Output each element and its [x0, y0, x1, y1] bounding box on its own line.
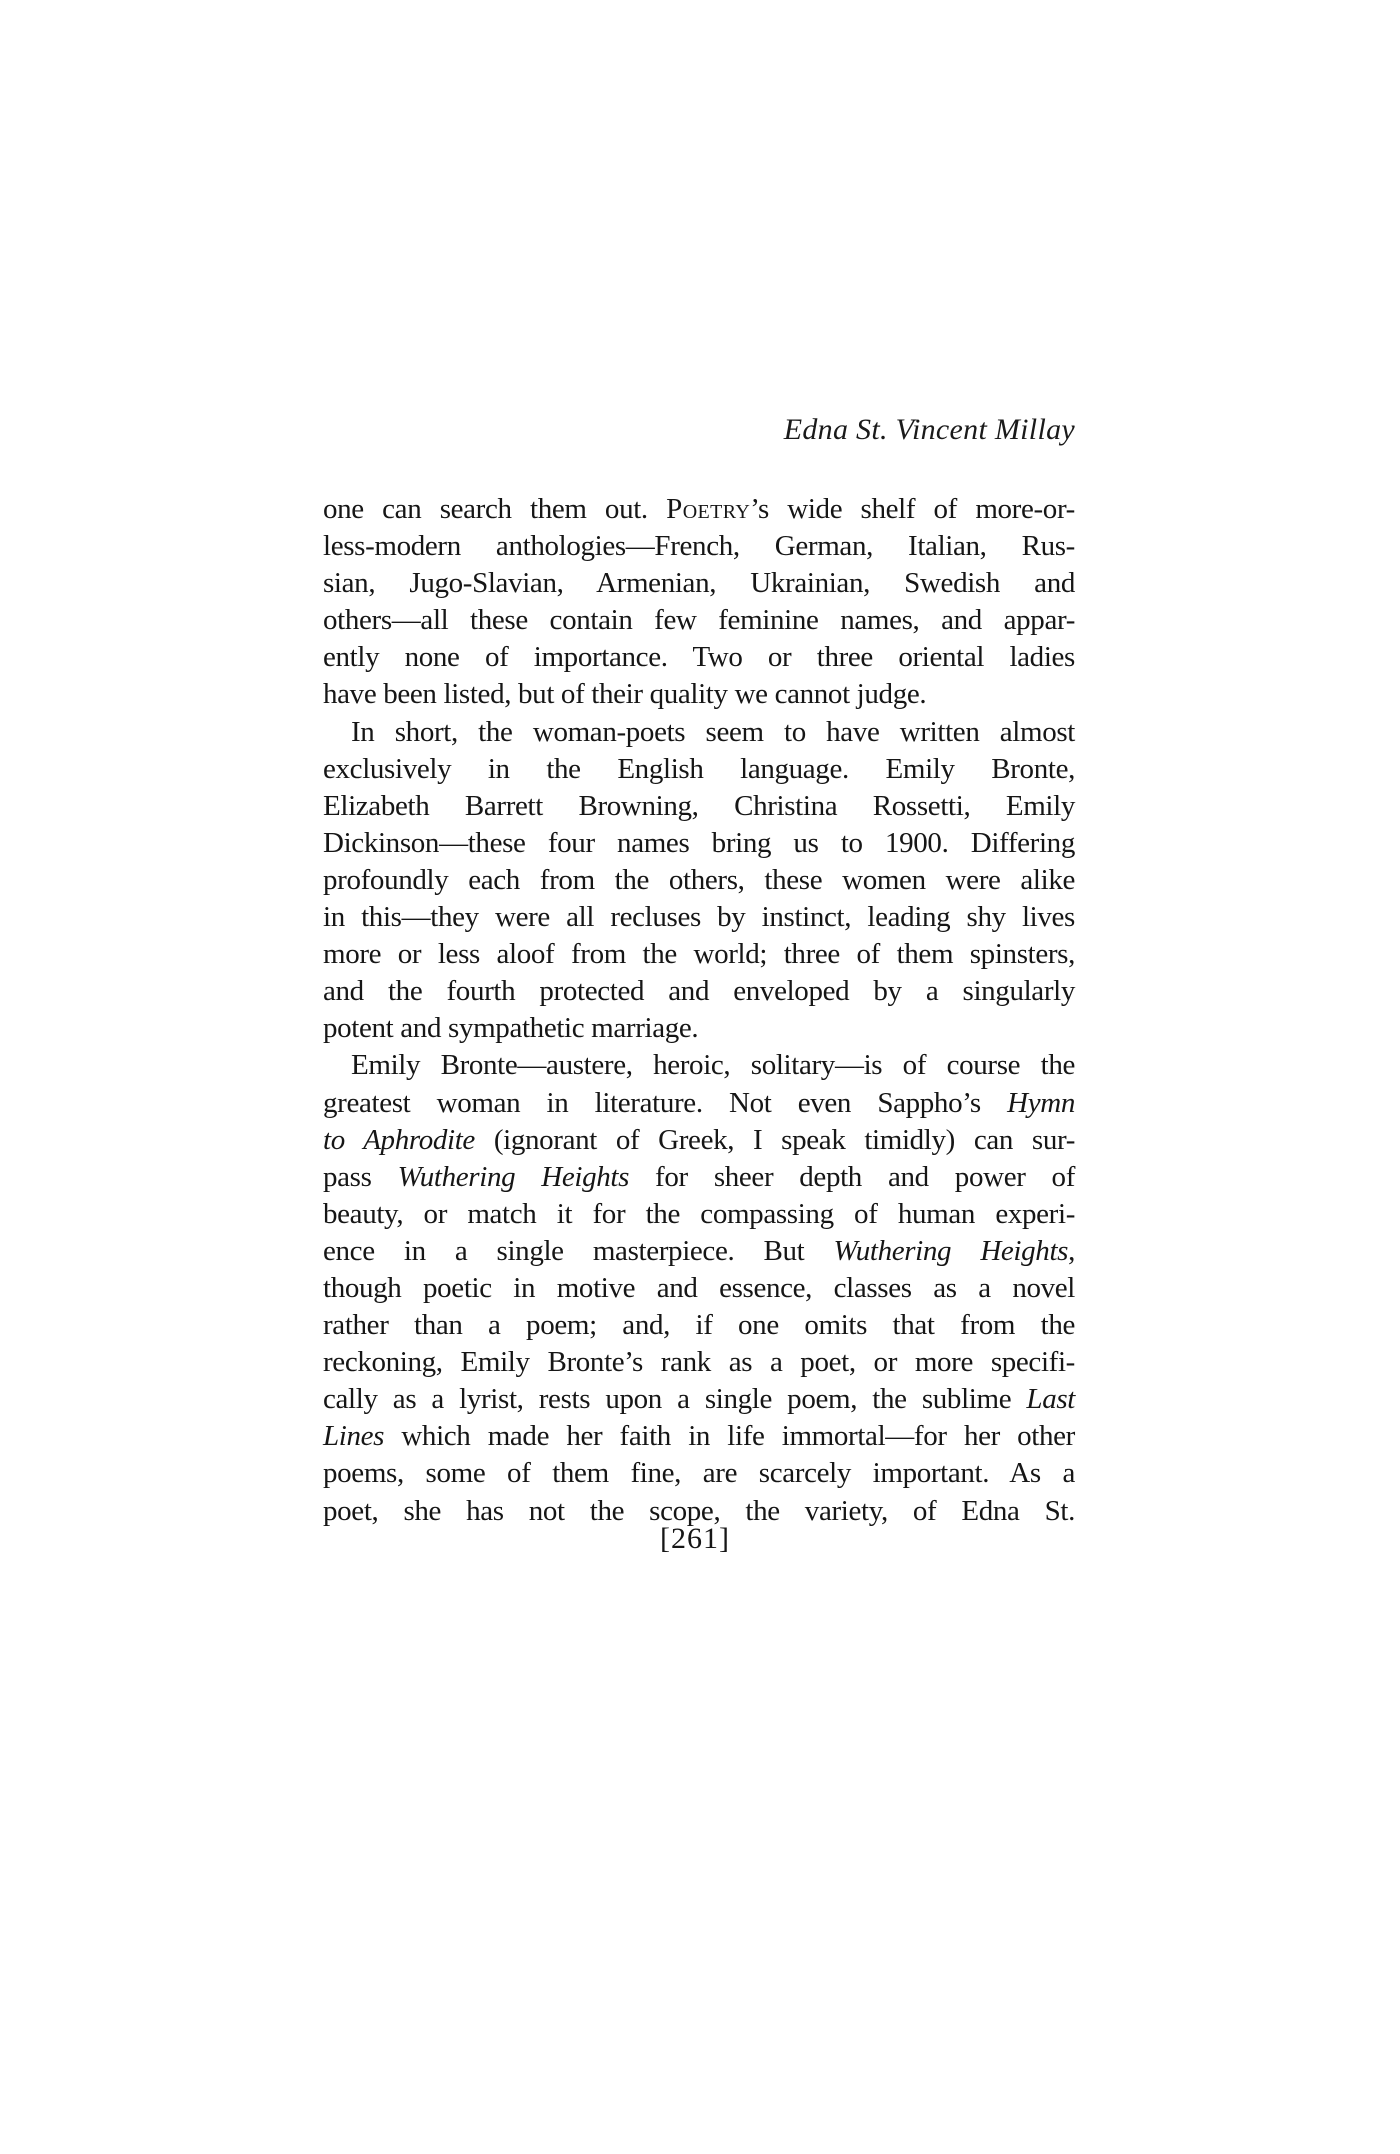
text-segment: others—all these contain few feminine na… — [323, 604, 1075, 636]
text-line: greatest woman in literature. Not even S… — [323, 1085, 1075, 1122]
text-segment: and the fourth protected and enveloped b… — [323, 975, 1075, 1007]
text-line: have been listed, but of their quality w… — [323, 676, 1075, 713]
text-segment: though poetic in motive and essence, cla… — [323, 1272, 1075, 1304]
text-line: In short, the woman-poets seem to have w… — [323, 714, 1075, 751]
text-segment: for sheer depth and power of — [629, 1161, 1075, 1193]
italic-title: Last — [1026, 1383, 1075, 1415]
text-line: cally as a lyrist, rests upon a single p… — [323, 1381, 1075, 1418]
text-line: others—all these contain few feminine na… — [323, 602, 1075, 639]
text-segment: cally as a lyrist, rests upon a single p… — [323, 1383, 1026, 1415]
italic-title: Lines — [323, 1420, 384, 1452]
text-segment: one can search them out. — [323, 493, 666, 525]
text-segment: exclusively in the English language. Emi… — [323, 753, 1075, 785]
text-segment: In short, the woman-poets seem to have w… — [351, 716, 1075, 748]
italic-title: to Aphrodite — [323, 1124, 475, 1156]
page-number: [261] — [600, 1519, 790, 1559]
text-line: Elizabeth Barrett Browning, Christina Ro… — [323, 788, 1075, 825]
text-segment: less-modern anthologies—French, German, … — [323, 530, 1075, 562]
text-segment: Dickinson—these four names bring us to 1… — [323, 827, 1075, 859]
text-segment: Emily Bronte—austere, heroic, solitary—i… — [351, 1049, 1075, 1081]
text-line: pass Wuthering Heights for sheer depth a… — [323, 1159, 1075, 1196]
text-line: one can search them out. Poetry’s wide s… — [323, 491, 1075, 528]
text-line: Dickinson—these four names bring us to 1… — [323, 825, 1075, 862]
body-text: one can search them out. Poetry’s wide s… — [323, 491, 1075, 1530]
smallcaps-text: Poetry — [666, 493, 750, 525]
text-line: reckoning, Emily Bronte’s rank as a poet… — [323, 1344, 1075, 1381]
paragraph: In short, the woman-poets seem to have w… — [323, 714, 1075, 1048]
text-line: poems, some of them fine, are scarcely i… — [323, 1455, 1075, 1492]
text-segment: pass — [323, 1161, 398, 1193]
text-segment: ence in a single masterpiece. But — [323, 1235, 834, 1267]
text-line: in this—they were all recluses by instin… — [323, 899, 1075, 936]
text-line: sian, Jugo-Slavian, Armenian, Ukrainian,… — [323, 565, 1075, 602]
italic-title: Hymn — [1007, 1087, 1075, 1119]
italic-title: Wuthering Heights — [834, 1235, 1069, 1267]
text-segment: Elizabeth Barrett Browning, Christina Ro… — [323, 790, 1075, 822]
text-line: beauty, or match it for the compassing o… — [323, 1196, 1075, 1233]
text-line: though poetic in motive and essence, cla… — [323, 1270, 1075, 1307]
text-line: Emily Bronte—austere, heroic, solitary—i… — [323, 1047, 1075, 1084]
text-line: profoundly each from the others, these w… — [323, 862, 1075, 899]
text-segment: in this—they were all recluses by instin… — [323, 901, 1075, 933]
text-segment: beauty, or match it for the compassing o… — [323, 1198, 1075, 1230]
text-segment: more or less aloof from the world; three… — [323, 938, 1075, 970]
text-line: potent and sympathetic marriage. — [323, 1010, 1075, 1047]
text-segment: profoundly each from the others, these w… — [323, 864, 1075, 896]
text-line: exclusively in the English language. Emi… — [323, 751, 1075, 788]
paragraph: Emily Bronte—austere, heroic, solitary—i… — [323, 1047, 1075, 1529]
text-segment: reckoning, Emily Bronte’s rank as a poet… — [323, 1346, 1075, 1378]
text-segment: (ignorant of Greek, I speak timidly) can… — [475, 1124, 1075, 1156]
text-segment: ently none of importance. Two or three o… — [323, 641, 1075, 673]
text-line: more or less aloof from the world; three… — [323, 936, 1075, 973]
paragraph: one can search them out. Poetry’s wide s… — [323, 491, 1075, 714]
text-segment: ’s wide shelf of more-or- — [750, 493, 1075, 525]
text-line: ently none of importance. Two or three o… — [323, 639, 1075, 676]
text-line: Lines which made her faith in life immor… — [323, 1418, 1075, 1455]
text-segment: greatest woman in literature. Not even S… — [323, 1087, 1007, 1119]
text-line: ence in a single masterpiece. But Wuther… — [323, 1233, 1075, 1270]
text-line: rather than a poem; and, if one omits th… — [323, 1307, 1075, 1344]
text-segment: which made her faith in life immortal—fo… — [384, 1420, 1075, 1452]
text-segment: have been listed, but of their quality w… — [323, 678, 926, 710]
text-segment: , — [1068, 1235, 1075, 1267]
text-segment: poems, some of them fine, are scarcely i… — [323, 1457, 1075, 1489]
italic-title: Wuthering Heights — [398, 1161, 629, 1193]
running-head: Edna St. Vincent Millay — [700, 410, 1075, 450]
text-line: to Aphrodite (ignorant of Greek, I speak… — [323, 1122, 1075, 1159]
text-line: less-modern anthologies—French, German, … — [323, 528, 1075, 565]
text-segment: potent and sympathetic marriage. — [323, 1012, 698, 1044]
text-segment: sian, Jugo-Slavian, Armenian, Ukrainian,… — [323, 567, 1075, 599]
book-page: Edna St. Vincent Millay one can search t… — [0, 0, 1400, 2154]
text-line: and the fourth protected and enveloped b… — [323, 973, 1075, 1010]
text-segment: rather than a poem; and, if one omits th… — [323, 1309, 1075, 1341]
